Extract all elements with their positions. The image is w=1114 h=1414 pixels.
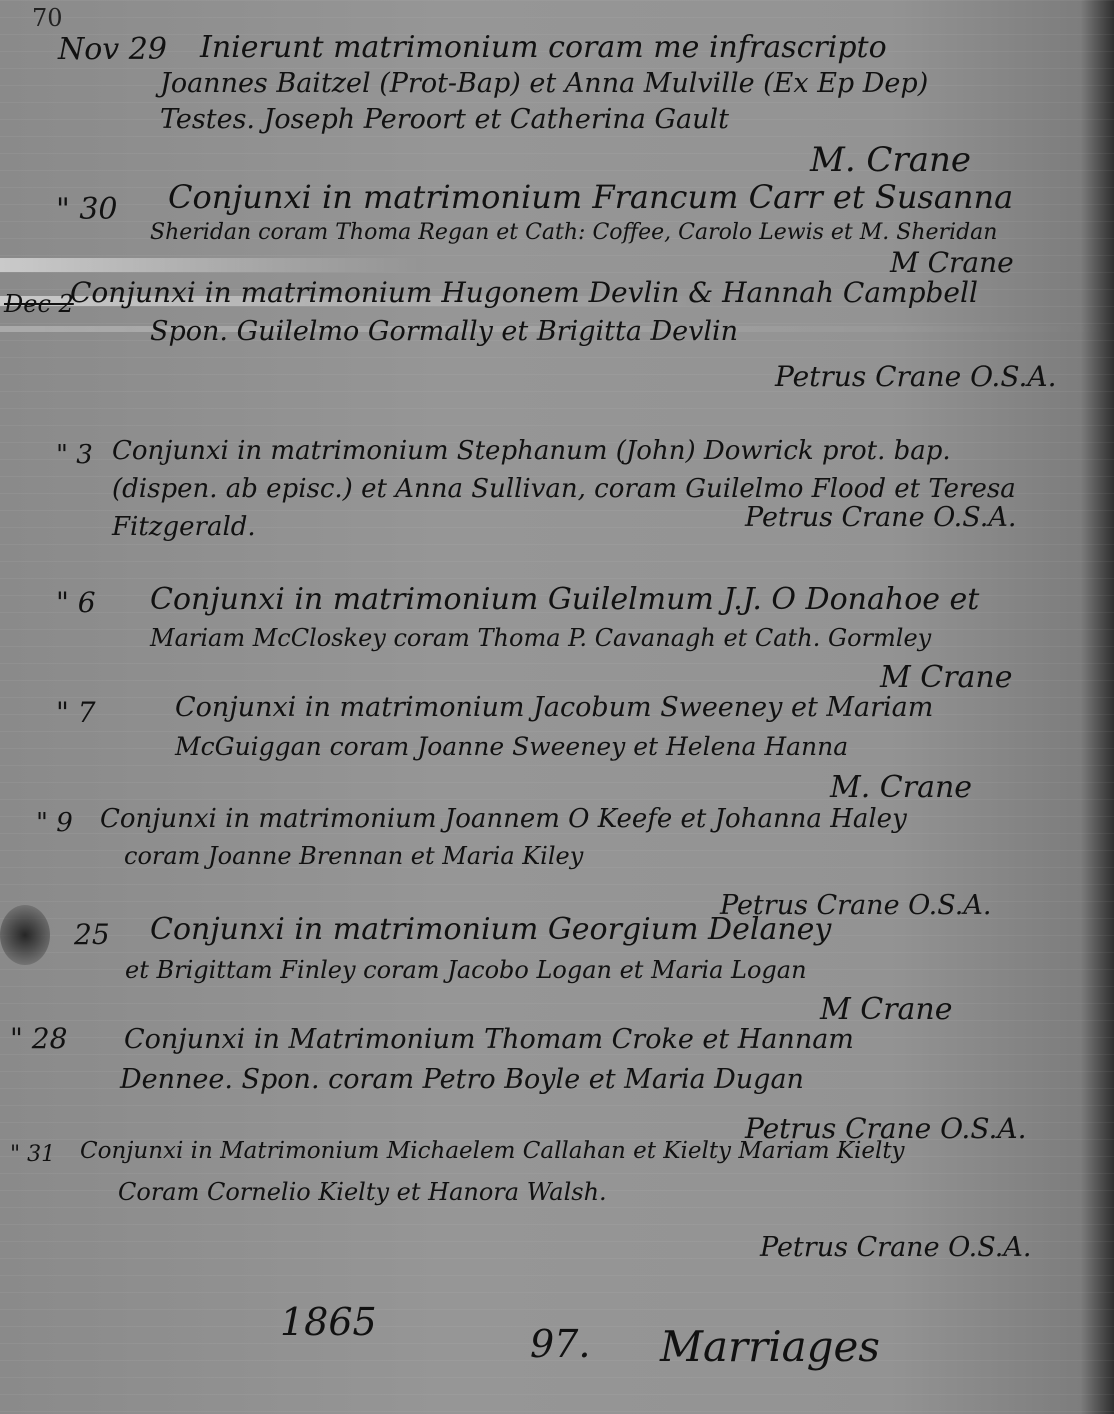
- entry-line: Fitzgerald.: [112, 512, 256, 542]
- entry-date: " 7: [56, 696, 96, 729]
- entry-date: " 3: [56, 440, 93, 470]
- entry-line: (dispen. ab episc.) et Anna Sullivan, co…: [112, 474, 1016, 504]
- register-year: 1865: [280, 1300, 377, 1344]
- entry-line: Conjunxi in matrimonium Guilelmum J.J. O…: [150, 582, 979, 617]
- entry-date: " 30: [56, 192, 118, 227]
- marriage-count-label: Marriages: [660, 1322, 880, 1371]
- officiant-signature: M Crane: [820, 992, 953, 1027]
- page-number: 70: [32, 4, 63, 32]
- entry-line: coram Joanne Brennan et Maria Kiley: [124, 842, 583, 870]
- entry-line: Mariam McCloskey coram Thoma P. Cavanagh…: [150, 624, 931, 652]
- officiant-signature: M. Crane: [830, 770, 972, 805]
- entry-line: Testes. Joseph Peroort et Catherina Gaul…: [160, 104, 729, 135]
- officiant-signature: Petrus Crane O.S.A.: [745, 502, 1016, 533]
- entry-line: et Brigittam Finley coram Jacobo Logan e…: [125, 956, 807, 984]
- entry-line: Conjunxi in matrimonium Stephanum (John)…: [112, 436, 951, 466]
- entry-line: Conjunxi in matrimonium Francum Carr et …: [168, 178, 1013, 216]
- ink-smudge: [0, 905, 50, 965]
- officiant-signature: M Crane: [880, 660, 1013, 695]
- entry-date: " 9: [36, 808, 73, 838]
- entry-line: Inierunt matrimonium coram me infrascrip…: [200, 30, 887, 65]
- entry-line: Conjunxi in matrimonium Georgium Delaney: [150, 912, 831, 947]
- entry-line: Conjunxi in matrimonium Hugonem Devlin &…: [70, 276, 978, 309]
- entry-date: Dec 2: [4, 290, 74, 318]
- register-page: 70 Nov 29 Inierunt matrimonium coram me …: [0, 0, 1114, 1414]
- entry-line: Sheridan coram Thoma Regan et Cath: Coff…: [150, 220, 997, 245]
- entry-line: Conjunxi in matrimonium Joannem O Keefe …: [100, 804, 907, 834]
- officiant-signature: Petrus Crane O.S.A.: [775, 360, 1057, 393]
- entry-line: Spon. Guilelmo Gormally et Brigitta Devl…: [150, 316, 738, 347]
- entry-date: " 31: [10, 1142, 55, 1167]
- entry-line: Conjunxi in Matrimonium Michaelem Callah…: [80, 1138, 905, 1164]
- entry-line: McGuiggan coram Joanne Sweeney et Helena…: [175, 732, 848, 761]
- scan-glare: [0, 258, 420, 272]
- entry-line: Conjunxi in matrimonium Jacobum Sweeney …: [175, 692, 933, 723]
- entry-line: Joannes Baitzel (Prot-Bap) et Anna Mulvi…: [160, 68, 928, 99]
- officiant-signature: Petrus Crane O.S.A.: [760, 1232, 1031, 1263]
- entry-line: Dennee. Spon. coram Petro Boyle et Maria…: [120, 1064, 804, 1095]
- officiant-signature: M. Crane: [810, 140, 971, 180]
- entry-line: Conjunxi in Matrimonium Thomam Croke et …: [124, 1024, 854, 1055]
- entry-date: 25: [74, 918, 110, 951]
- officiant-signature: M Crane: [890, 246, 1014, 279]
- entry-date: " 28: [10, 1022, 67, 1055]
- marriage-count: 97.: [530, 1322, 590, 1366]
- entry-date: Nov 29: [58, 32, 167, 67]
- entry-line: Coram Cornelio Kielty et Hanora Walsh.: [118, 1178, 607, 1206]
- entry-date: " 6: [56, 586, 96, 619]
